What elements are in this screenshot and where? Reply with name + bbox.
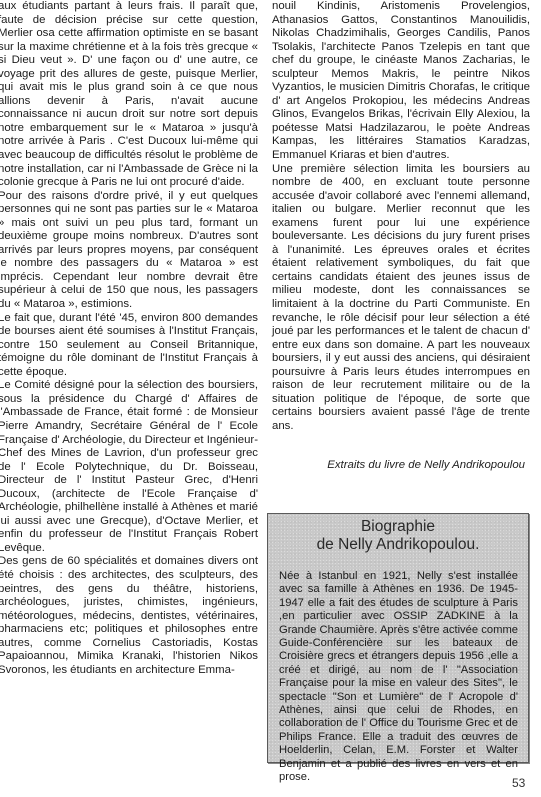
right-column: nouil Kindinis, Aristomenis Provelengios… xyxy=(272,0,530,434)
page-number: 53 xyxy=(512,776,525,790)
paragraph-passage-and-arrival: aux étudiants partant à leurs frais. Il … xyxy=(0,0,258,190)
paragraph-selection-committee: Le Comité désigné pour la sélection des … xyxy=(0,379,258,555)
paragraph-second-group: Pour des raisons d'ordre privé, il y eut… xyxy=(0,190,258,312)
left-column: aux étudiants partant à leurs frais. Il … xyxy=(0,0,258,677)
paragraph-first-selection: Une première sélection limita les boursi… xyxy=(272,163,530,434)
paragraph-chosen-specialists: Des gens de 60 spécialités et domaines d… xyxy=(0,555,258,677)
paragraph-scholarship-requests: Le fait que, durant l'été '45, environ 8… xyxy=(0,312,258,380)
biography-title: Biographie de Nelly Andrikopoulou. xyxy=(268,518,528,554)
biography-text: Née à Istanbul en 1921, Nelly s'est inst… xyxy=(279,570,518,785)
paragraph-names-list: nouil Kindinis, Aristomenis Provelengios… xyxy=(272,0,530,163)
biography-title-line2: de Nelly Andrikopoulou. xyxy=(268,536,528,554)
source-attribution: Extraits du livre de Nelly Andrikopoulou xyxy=(272,459,525,471)
biography-title-line1: Biographie xyxy=(268,518,528,536)
biography-box: Biographie de Nelly Andrikopoulou. Née à… xyxy=(267,513,529,763)
